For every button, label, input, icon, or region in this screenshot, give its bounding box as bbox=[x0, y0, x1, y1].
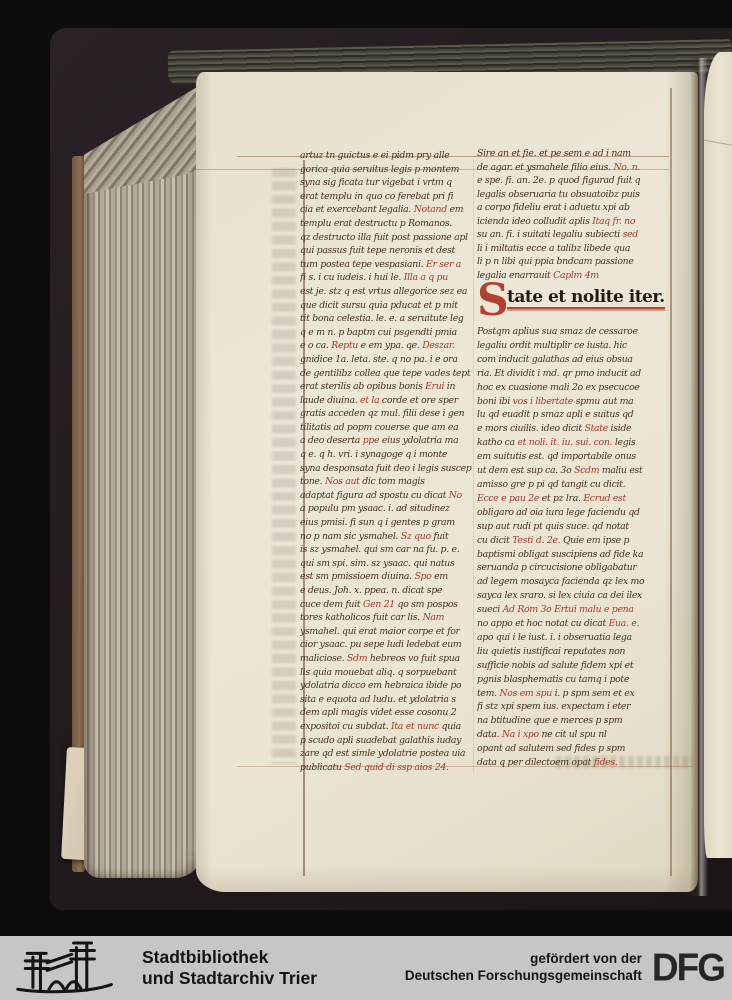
manuscript-line: qz destructo illa fuit post passione apl bbox=[300, 231, 472, 245]
manuscript-line: sup aut rudi pt quis suce. qd notat bbox=[477, 520, 671, 534]
manuscript-line: a corpo fideliu erat i aduetu xpi ab bbox=[477, 201, 671, 215]
rubric-text: Illa a q pu bbox=[404, 272, 448, 283]
rubric-text: et la bbox=[360, 395, 379, 406]
manuscript-line: e mors ciuilis. ideo dicit State iside bbox=[477, 422, 671, 436]
manuscript-line: ydolatria dicco em hebraica ibide po bbox=[300, 679, 472, 693]
rubric-text: Ita et nunc bbox=[391, 721, 439, 732]
rubric-text: Nam bbox=[423, 612, 445, 623]
manuscript-line: p scudo apli suadebat galathis iuday bbox=[300, 734, 472, 748]
manuscript-line: sita e equota ad ludu. et ydolatria s bbox=[300, 693, 472, 707]
manuscript-line: a populu pm ysaac. i. ad situdinez bbox=[300, 502, 472, 516]
manuscript-line: e deus. Joh. x. ppea. n. dicat spe bbox=[300, 584, 472, 598]
manuscript-line: li p n libi qui ppia bndcam passione bbox=[477, 255, 671, 269]
manuscript-line: maliciose. Sdm hebreos vo fuit spua bbox=[300, 652, 472, 666]
manuscript-line: eius pmisi. fi sun q i gentes p gram bbox=[300, 516, 472, 530]
rubric-text: Testi d. 2e. bbox=[512, 535, 560, 546]
manuscript-line: ria. Et dividit i md. qr pmo inducit ad bbox=[477, 367, 671, 381]
manuscript-line: publicatu Sed quid di ssp aios 24. bbox=[300, 761, 472, 775]
manuscript-line: ut dem est sup ca. 3o Scdm maliu est bbox=[477, 464, 671, 478]
manuscript-line: apo qui i le iust. i. i obseruatia lega bbox=[477, 631, 671, 645]
manuscript-scan-viewer: artuz tn guictus e ei pidm pry allegoric… bbox=[0, 0, 732, 1000]
rubric-text: Sdm bbox=[347, 653, 367, 664]
chapter-heading-text: tate et nolite iter. bbox=[507, 287, 665, 307]
footer-banner: Stadtbibliothek und Stadtarchiv Trier ge… bbox=[0, 936, 732, 1000]
text-column-right-lower: Postqm aplius sua smaz de cessaroelegali… bbox=[477, 325, 671, 773]
manuscript-line: cu dicit Testi d. 2e. Quie em ipse p bbox=[477, 534, 671, 548]
manuscript-line: data. Na i xpo ne cit ul spu nl bbox=[477, 728, 671, 742]
rubric-text: Ad Rom 3o bbox=[503, 604, 552, 615]
manuscript-line: tores katholicos fuit car lis. Nam bbox=[300, 611, 472, 625]
dfg-logo: DFG bbox=[652, 946, 724, 990]
manuscript-line: erat sterilis ab opibus bonis Erui in bbox=[300, 380, 472, 394]
manuscript-line: q e m n. p baptm cui psgendti pmia bbox=[300, 326, 472, 340]
ruling-line-intercolumn bbox=[473, 160, 474, 772]
manuscript-line: tum postea tepe vespasiani. Er ser a bbox=[300, 258, 472, 272]
manuscript-line: hoc ex cuasione mali 2o ex psecucoe bbox=[477, 381, 671, 395]
rubric-text: Scdm bbox=[574, 465, 599, 476]
manuscript-line: ad legem mosayca facienda qz lex mo bbox=[477, 575, 671, 589]
rubric-text: ppe bbox=[363, 435, 380, 446]
manuscript-line: zare qd est simle ydolatrie postea uia bbox=[300, 747, 472, 761]
manuscript-line: a deo deserta ppe eius ydolatria ma bbox=[300, 434, 472, 448]
manuscript-line: tilitatis ad popm couerse que am ea bbox=[300, 421, 472, 435]
manuscript-line: na btitudine que e merces p spm bbox=[477, 714, 671, 728]
ink-bleedthrough-margin bbox=[272, 168, 296, 764]
rubric-text: No bbox=[449, 490, 462, 501]
manuscript-line: Sire an et fie. et pe sem e ad i nam bbox=[477, 147, 671, 161]
rubric-text: Nos em spu bbox=[499, 688, 551, 699]
manuscript-line: gratis acceden qz mul. filii dese i gen bbox=[300, 407, 472, 421]
rubric-text: Caplm 4m bbox=[553, 270, 599, 281]
manuscript-line: legaliu ordit multiplir ce iusta. hic bbox=[477, 339, 671, 353]
manuscript-line: ysmahel. qui erat maior corpe et for bbox=[300, 625, 472, 639]
manuscript-line: de agar. et ysmahele filio eius. No. n. bbox=[477, 161, 671, 175]
manuscript-line: pgnis blasphematis cu tamq i pote bbox=[477, 673, 671, 687]
manuscript-line: cia et exercebant legalia. Notand em bbox=[300, 203, 472, 217]
manuscript-line: fi stz xpi spem ius. expectam i eter bbox=[477, 700, 671, 714]
rubric-text: Sed quid di ssp aios 24. bbox=[344, 762, 448, 773]
manuscript-line: que dicit sursu quia pducat et p mit bbox=[300, 299, 472, 313]
manuscript-line: baptismi obligat suscipiens ad fide ka bbox=[477, 548, 671, 562]
page-fore-edge-stack bbox=[84, 158, 204, 878]
manuscript-line: est je. stz q est vrtus allegorice sez e… bbox=[300, 285, 472, 299]
manuscript-line: obligaro ad oia iura lege faciendu qd bbox=[477, 506, 671, 520]
rubric-text: et noli. it. iu. sui. con. bbox=[517, 437, 612, 448]
rubric-text: Er ser a bbox=[426, 259, 461, 270]
rubric-text: Notand bbox=[414, 204, 447, 215]
rubric-text: sed bbox=[623, 229, 638, 240]
text-column-left: artuz tn guictus e ei pidm pry allegoric… bbox=[300, 149, 472, 775]
manuscript-line: em suitutis est. qd importabile onus bbox=[477, 450, 671, 464]
manuscript-line: est sm pmissioem diuina. Spo em bbox=[300, 570, 472, 584]
manuscript-line: syna sig ficata tur vigebat i vrtm q bbox=[300, 176, 472, 190]
funding-credit-line1: gefördert von der bbox=[405, 951, 642, 968]
funding-credit: gefördert von der Deutschen Forschungsge… bbox=[405, 951, 642, 985]
manuscript-line: q e. q h. vri. i synagoge q i monte bbox=[300, 448, 472, 462]
manuscript-line: icienda ideo colludit aplis Itaq fr. no bbox=[477, 215, 671, 229]
manuscript-line: seruanda p circucisione obligabatur bbox=[477, 561, 671, 575]
manuscript-line: qui sm spi. sim. sz ysaac. qui natus bbox=[300, 557, 472, 571]
rubric-text: Sz quo bbox=[401, 531, 431, 542]
manuscript-line: li i miltatis ecce a talibz libede qua bbox=[477, 242, 671, 256]
rubric-text: State bbox=[585, 423, 608, 434]
facing-page-sliver bbox=[704, 52, 732, 858]
manuscript-line: liu quietis iustificai reputates non bbox=[477, 645, 671, 659]
manuscript-line: expositoi cu subdat. Ita et nunc quia bbox=[300, 720, 472, 734]
manuscript-line: templu erat destructu p Romanos. bbox=[300, 217, 472, 231]
manuscript-line: katho ca et noli. it. iu. sui. con. legi… bbox=[477, 436, 671, 450]
manuscript-line: lu qd euadit p smaz apli e suitus qd bbox=[477, 408, 671, 422]
institution-name-line1: Stadtbibliothek bbox=[142, 947, 317, 968]
manuscript-line: sueci Ad Rom 3o Ertui malu e pena bbox=[477, 603, 671, 617]
manuscript-line: syna desponsata fuit deo i legis suscep bbox=[300, 462, 472, 476]
manuscript-line: cior ysaac. pu sepe ludi ledebat eum bbox=[300, 638, 472, 652]
manuscript-line: opant ad salutem sed fides p spm bbox=[477, 742, 671, 756]
rubric-text: Reptu bbox=[331, 340, 358, 351]
manuscript-line: no p nam sic ysmahel. Sz quo fuit bbox=[300, 530, 472, 544]
manuscript-line: sufficie nobis ad salute fidem xpi et bbox=[477, 659, 671, 673]
rubric-text: fides. bbox=[594, 757, 618, 768]
chapter-initial-letter: S bbox=[477, 279, 509, 323]
manuscript-line: amisso gre p pi qd tangit cu dicit. bbox=[477, 478, 671, 492]
manuscript-line: data q per dilectoem opat fides. bbox=[477, 756, 671, 770]
rubric-text: Ertui malu e pena bbox=[554, 604, 634, 615]
manuscript-line: com inducit galathas ad eius obsua bbox=[477, 353, 671, 367]
manuscript-line: dem apli magis videt esse cosonu 2 bbox=[300, 706, 472, 720]
manuscript-line: fi s. i cu iudeis. i hui le. Illa a q pu bbox=[300, 271, 472, 285]
manuscript-line: cuce dem fuit Gen 21 qo sm pospos bbox=[300, 598, 472, 612]
chapter-heading: S tate et nolite iter. bbox=[477, 283, 677, 325]
manuscript-line: lis quia mouebat aliq. q sorpuebant bbox=[300, 666, 472, 680]
rubric-text: Nos aut bbox=[325, 476, 360, 487]
rubric-text: Na i xpo bbox=[502, 729, 539, 740]
rubric-text: Ecrud est bbox=[583, 493, 626, 504]
trier-library-logo-icon bbox=[14, 941, 118, 996]
manuscript-line: tit bona celestia. le. e. a seruitute le… bbox=[300, 312, 472, 326]
rubric-text: Deszar. bbox=[422, 340, 454, 351]
rubric-text: Spo bbox=[414, 571, 431, 582]
manuscript-line: su an. fi. i suitati legaliu subiecti se… bbox=[477, 228, 671, 242]
manuscript-line: erat templu in quo co ferebat pri fi bbox=[300, 190, 472, 204]
manuscript-line: e o ca. Reptu e em ypa. qe. Deszar. bbox=[300, 339, 472, 353]
rubric-text: Gen 21 bbox=[363, 599, 395, 610]
manuscript-line: sayca lex sraro. si lex ciuia ca dei ile… bbox=[477, 589, 671, 603]
institution-name: Stadtbibliothek und Stadtarchiv Trier bbox=[142, 947, 317, 988]
manuscript-line: no appo et hoc notat cu dicat Eua. e. bbox=[477, 617, 671, 631]
rubric-text: vos i libertate bbox=[513, 396, 573, 407]
manuscript-line: laude diuina. et la corde et ore sper bbox=[300, 394, 472, 408]
rubric-text: Ecce e pau 2e bbox=[477, 493, 539, 504]
manuscript-line: de gentilibz collea que tepe vades tept bbox=[300, 367, 472, 381]
text-column-right-upper: Sire an et fie. et pe sem e ad i namde a… bbox=[477, 147, 671, 283]
manuscript-line: legalis obseruaria tu obsuatoibz puis bbox=[477, 188, 671, 202]
manuscript-line: boni ibi vos i libertate spmu aut ma bbox=[477, 395, 671, 409]
manuscript-line: qui passus fuit tepe neronis et dest bbox=[300, 244, 472, 258]
manuscript-line: gorica quia seruitus legis p montem bbox=[300, 163, 472, 177]
manuscript-line: Ecce e pau 2e et pz lra. Ecrud est bbox=[477, 492, 671, 506]
manuscript-line: adaptat figura ad spostu cu dicat No bbox=[300, 489, 472, 503]
manuscript-line: Postqm aplius sua smaz de cessaroe bbox=[477, 325, 671, 339]
rubric-text: Erui bbox=[425, 381, 444, 392]
funding-credit-line2: Deutschen Forschungsgemeinschaft bbox=[405, 968, 642, 985]
manuscript-line: artuz tn guictus e ei pidm pry alle bbox=[300, 149, 472, 163]
rubric-text: Eua. e. bbox=[609, 618, 640, 629]
manuscript-line: is sz ysmahel. qui sm car na fu. p. e. bbox=[300, 543, 472, 557]
manuscript-line: tone. Nos aut dic tom magis bbox=[300, 475, 472, 489]
manuscript-line: gnidice 1a. leta. ste. q no pa. i e ora bbox=[300, 353, 472, 367]
rubric-text: No. n. bbox=[613, 162, 640, 173]
manuscript-line: e spe. fi. an. 2e. p quod figurad fuit q bbox=[477, 174, 671, 188]
manuscript-line: tem. Nos em spu i. p spm sem et ex bbox=[477, 687, 671, 701]
rubric-text: Itaq fr. no bbox=[592, 216, 635, 227]
institution-name-line2: und Stadtarchiv Trier bbox=[142, 968, 317, 989]
